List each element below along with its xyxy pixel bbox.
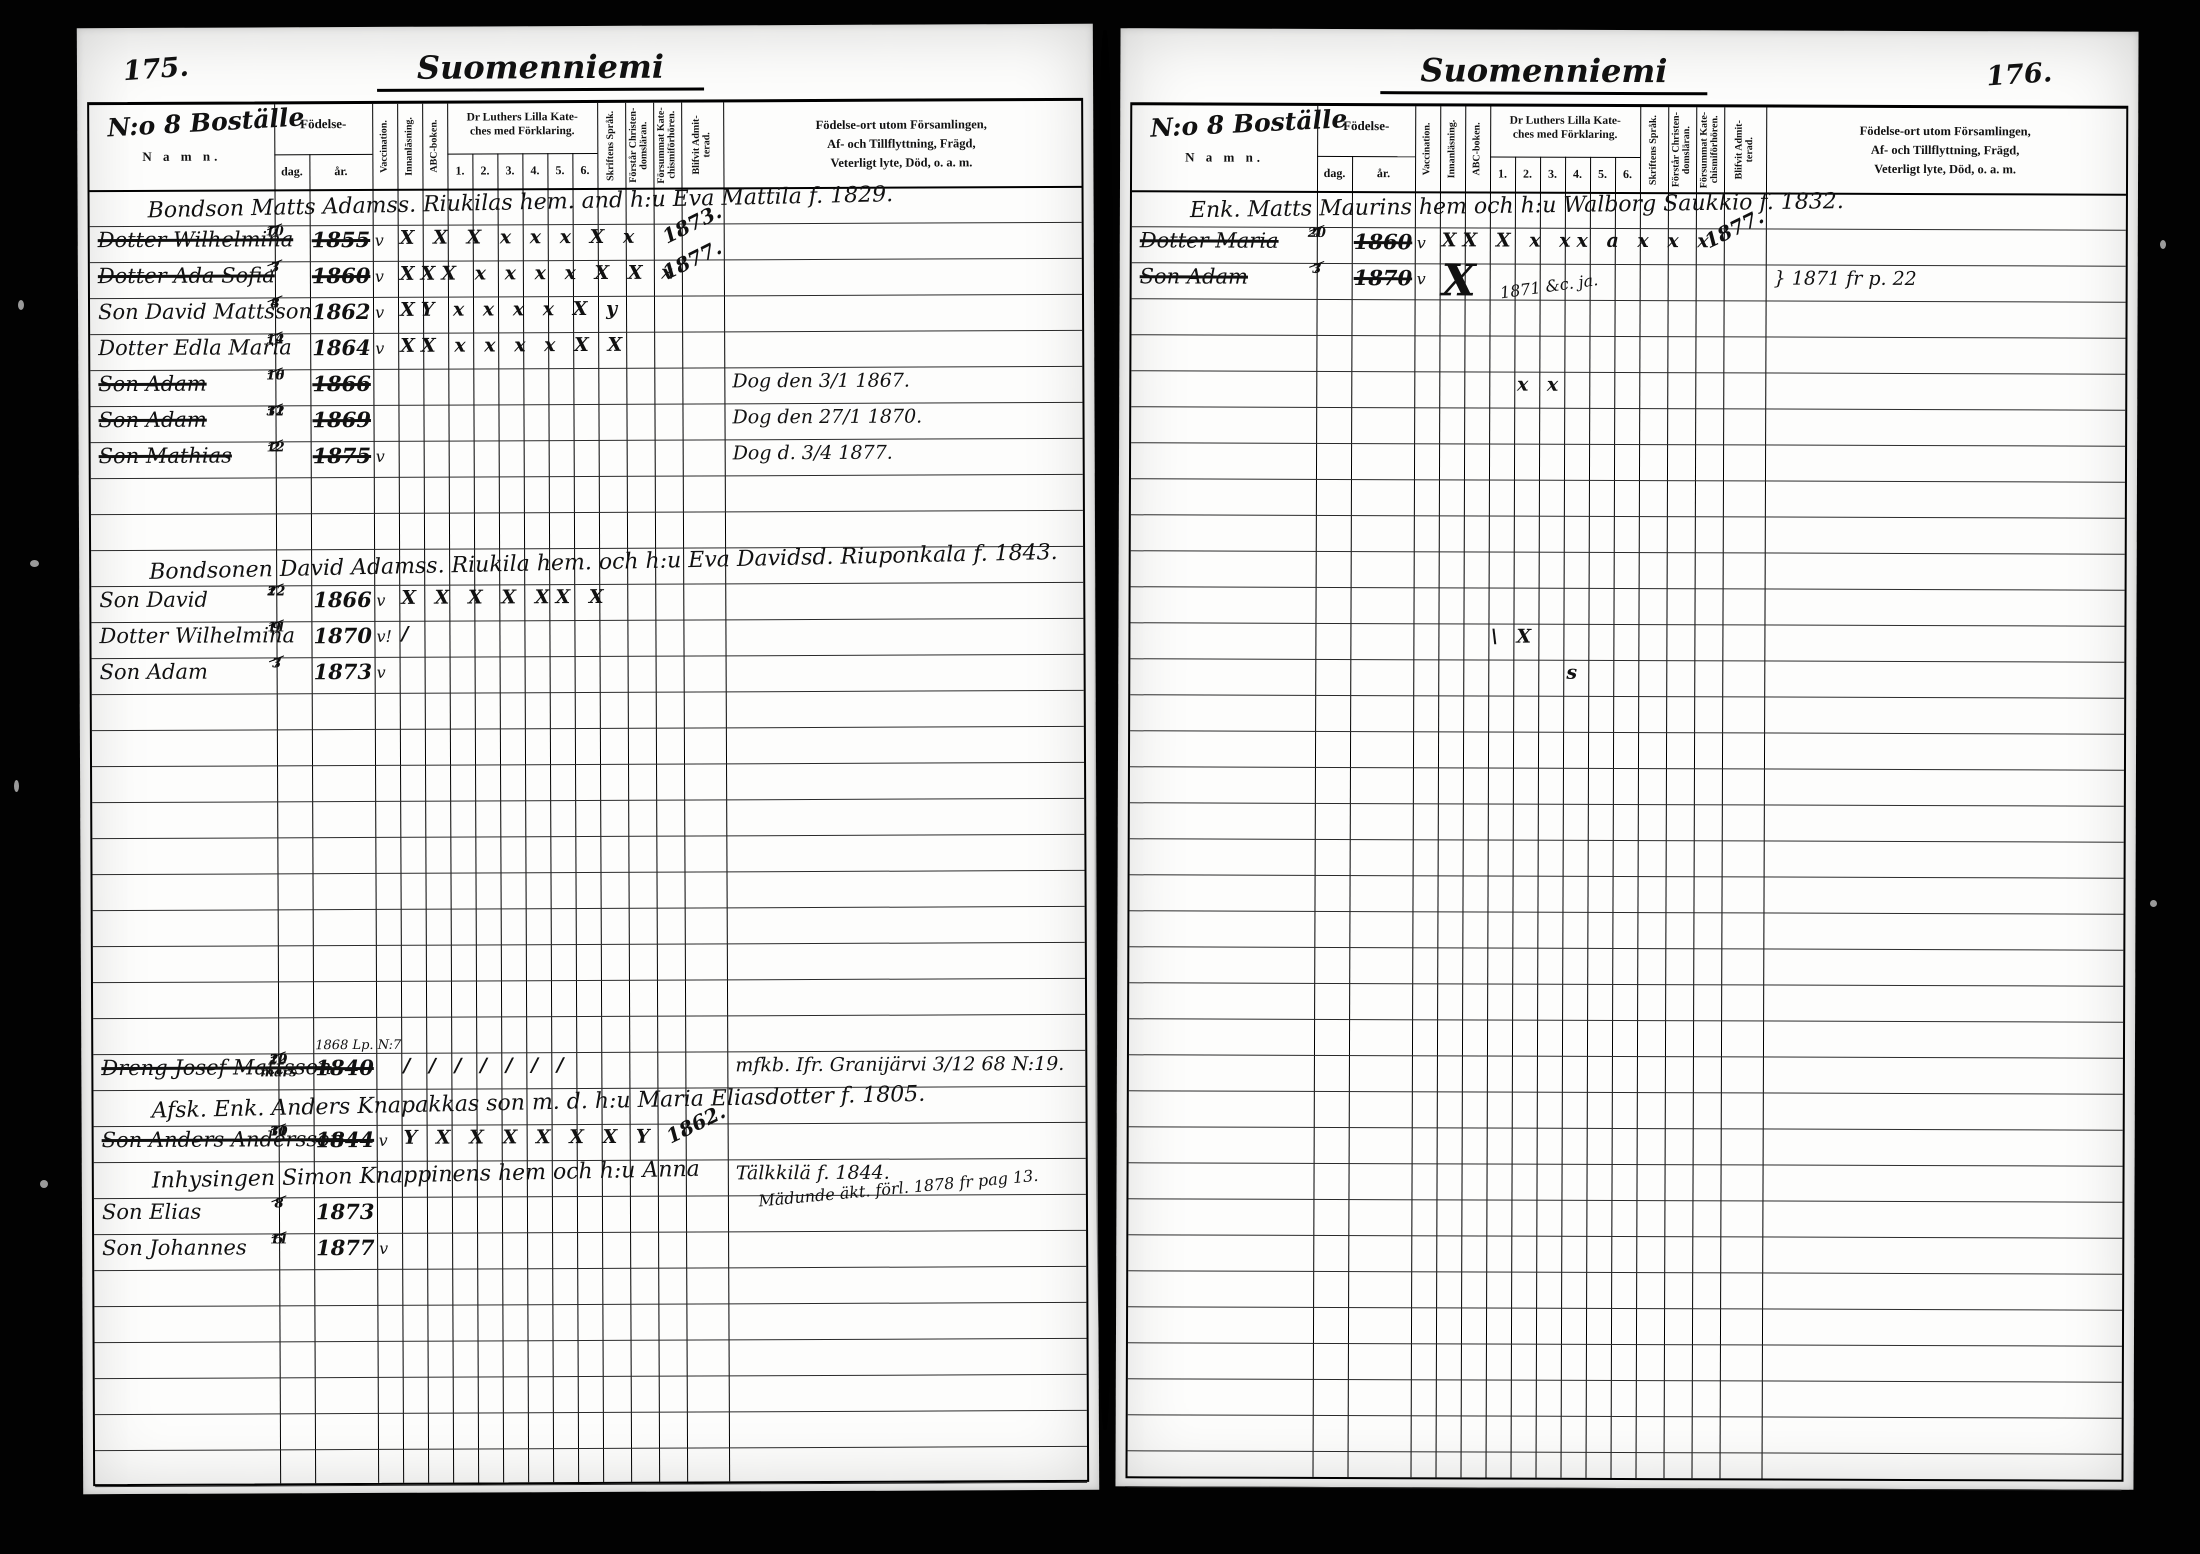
person-entry-name: Son Elias [102,1200,201,1224]
reading-marks: x x [1441,373,1741,396]
table-row [95,1374,1087,1415]
table-row [92,834,1084,875]
table-row [1131,442,2125,482]
table-row [1131,406,2125,446]
vaccination-column-title: Vaccination. [1415,106,1440,191]
birth-day-bottom: 12 [266,405,284,418]
birth-day-value: 73 [275,261,310,297]
birth-year-value: 1873 [314,659,374,684]
table-row [95,1410,1087,1451]
table-row [92,762,1084,803]
table-row [95,1338,1087,1379]
table-row [1129,946,2123,986]
vaccination-mark: v [377,663,401,682]
margin-note: Dog den 3/1 1867. [732,370,910,393]
table-row [92,870,1084,911]
birth-day-value: 88 [279,1197,314,1233]
name-column-handwritten-title: N:o 8 Boställe [1150,105,1321,142]
birth-year-value: 1866 [312,371,372,396]
kateches-col-3: 3. [497,163,522,178]
birth-day-value: 115 [279,1233,314,1269]
kateches-col-5: 5. [547,163,572,178]
table-row [1128,1270,2122,1310]
margin-note: Dog d. 3/4 1877. [733,442,893,465]
reading-marks: XX X x xx a x x x [1442,229,1742,252]
birth-day-bottom: 8 [274,1197,283,1210]
person-entry-name: Son Adam [100,660,208,684]
birth-year-value: 1869 [312,407,372,432]
scan-speck [18,300,24,310]
birth-year-title: år. [1352,166,1415,181]
table-row [93,942,1085,983]
notes-column-title: Födelse-ort utom Församlingen, Af- och T… [723,115,1079,173]
right-running-title: Suomenniemi [1380,51,1707,95]
margin-note: mfkb. Ifr. Granijärvi 3/12 68 N:19. [735,1053,1064,1076]
reading-marks: XXX x x x x X X x [400,262,700,285]
birth-day-value: 37 [1317,263,1352,299]
margin-note: Dog den 27/1 1870. [732,406,922,429]
forsummat-column-title: Försummat Kate- chismiförhören. [1696,107,1724,192]
table-row: Son Johannes1151877v [94,1230,1086,1271]
table-row [1129,1054,2123,1094]
table-row [93,906,1085,947]
table-row [95,1446,1087,1487]
birth-day-bottom: 5 [275,1233,284,1246]
kateches-col-4: 4. [522,163,547,178]
table-row [1130,730,2124,770]
person-entry-name: Son David Mattsson [98,299,312,324]
table-row: Bondson Matts Adamss. Riukilas hem. and … [90,186,1082,227]
birth-year-value: 1877 [316,1235,376,1260]
scan-speck [14,780,19,792]
birth-year-value: 1860 [312,263,372,288]
birth-day-bottom: 12 [267,585,285,598]
scan-speck [2160,240,2166,249]
scanned-church-record: { "scan": { "table_headers": { "name_pri… [0,0,2200,1554]
vaccination-mark: v! [376,627,400,646]
table-row: s [1130,658,2124,698]
table-row [1131,550,2125,590]
person-entry-name: Son Adam [98,408,206,432]
table-row: Son Adam16101866Dog den 3/1 1867. [90,366,1082,407]
table-row [94,1302,1086,1343]
reading-marks: X X X x x x X x [400,226,700,249]
reading-marks: / [401,622,701,645]
table-row: Dreng Josef Mattsson20 mars1218401868 Lp… [93,1050,1085,1091]
name-column-title: N a m n. [1132,149,1317,166]
birth-year-value: 1866 [313,587,373,612]
table-row [1128,1306,2122,1346]
kateches-column-title: Dr Luthers Lilla Kate- ches med Förklari… [447,111,597,139]
birth-day-value: 3112 [275,405,310,441]
abc-column-title: ABC-boken. [422,104,447,189]
kateches-col-2: 2. [1515,167,1540,182]
table-row [93,978,1085,1019]
table-row [1128,1198,2122,1238]
table-row [1131,334,2125,374]
right-page-header: 176. Suomenniemi [1120,28,2138,104]
reading-marks: XX x x x x X X [400,334,700,357]
book-binding-gutter [1094,30,1116,1430]
table-row: x x [1131,370,2125,410]
right-table: N:o 8 Boställe N a m n. Födelse- dag. år… [1125,102,2128,1481]
birth-day-title: dag. [1317,166,1352,181]
table-row [92,726,1084,767]
vaccination-mark: v [1417,269,1441,288]
blifvit-column-title: Blifvit Admit- terad. [681,102,723,187]
vaccination-mark: v [375,231,399,250]
person-entry-name: Dreng Josef Mattsson [101,1055,331,1080]
vaccination-mark: v [1417,233,1441,252]
table-row: Son David Mattsson481862vXY x x x x X y [90,294,1082,335]
birth-year-value: 1855 [312,227,372,252]
table-row [1129,1018,2123,1058]
table-row [92,798,1084,839]
forsummat-column-title: Försummat Kate- chismiförhören. [653,103,681,188]
table-row [1128,1414,2122,1454]
birth-year-value: 1870 [1354,265,1414,290]
table-row: Son Elias881873 [94,1194,1086,1235]
right-page-number: 176. [1986,57,2054,92]
table-row [1131,478,2125,518]
abc-column-title: ABC-boken. [1465,106,1490,191]
table-row: Bondsonen David Adamss. Riukila hem. och… [91,546,1083,587]
person-entry-name: Dotter Ada Sofia [98,263,275,288]
kateches-col-1: 1. [447,163,472,178]
table-row: Son Mathias2121875vDog d. 3/4 1877. [91,438,1083,479]
person-entry-name: Dotter Wilhelmina [99,623,295,648]
vaccination-mark: v [375,267,399,286]
table-row: Son David22121866vX X X X XX X [91,582,1083,623]
left-table-body: Bondson Matts Adamss. Riukilas hem. and … [90,186,1088,1484]
forstar-column-title: Förstår Christen- domsläran. [1668,107,1696,192]
birth-day-value: 212 [276,441,311,477]
name-column-title: N a m n. [89,148,274,165]
table-row [94,1266,1086,1307]
person-entry-name: Son Adam [1140,264,1248,288]
table-row: Dotter Ada Sofia731860vXXX x x x x X X x… [90,258,1082,299]
left-page: 175. Suomenniemi N:o 8 Boställe N a m n.… [77,24,1099,1494]
kateches-column-title: Dr Luthers Lilla Kate- ches med Förklari… [1490,115,1640,143]
kateches-col-5: 5. [1590,167,1615,182]
kateches-col-3: 3. [1540,167,1565,182]
birth-day-bottom: 7 [1312,263,1321,276]
kateches-col-6: 6. [1615,167,1640,182]
birth-year-value: 1862 [312,299,372,324]
birth-year-title: år. [309,164,372,179]
birth-year-value: 1864 [312,335,372,360]
table-row [1128,1162,2122,1202]
scan-speck [2150,900,2157,907]
right-page: 176. Suomenniemi N:o 8 Boställe N a m n.… [1115,28,2138,1490]
birth-day-value: 204 [1317,227,1352,263]
birth-year-value: 1860 [1354,229,1414,254]
table-row: Dotter Edla Maria14121864vXX x x x x X X [90,330,1082,371]
margin-note: } 1871 fr p. 22 [1774,268,1917,290]
table-row [1130,838,2124,878]
table-row [1128,1234,2122,1274]
table-row [1129,910,2123,950]
birth-day-bottom: 10 [266,369,284,382]
table-row: Son Adam31121869Dog den 27/1 1870. [90,402,1082,443]
table-row: Dotter Wilhelmina1191870v!/ [91,618,1083,659]
birth-year-value: 1875 [313,443,373,468]
table-row [1128,1378,2122,1418]
table-row [1130,766,2124,806]
table-row [93,1014,1085,1055]
innanlasning-column-title: Innanläsning. [397,104,422,189]
kateches-col-2: 2. [472,163,497,178]
birth-day-bottom: 12 [267,441,285,454]
year-annotation: 1868 Lp. N:7 [315,1038,401,1053]
birth-column-title: Födelse- [274,116,372,132]
reading-marks: \ X [1440,625,1740,648]
person-entry-name: Son Anders Andersson [102,1127,344,1152]
vaccination-column-title: Vaccination. [372,104,397,189]
birth-day-bottom: 7 [272,657,281,670]
forstar-column-title: Förstår Christen- domsläran. [625,103,653,188]
birth-column-title: Födelse- [1317,118,1415,134]
blifvit-column-title: Blifvit Admit- terad. [1724,107,1766,192]
birth-day-value: 37 [277,657,312,693]
person-entry-name: Son David [99,588,208,612]
birth-year-value: 1873 [316,1199,376,1224]
table-row [1127,1450,2121,1490]
birth-day-value: 2212 [276,585,311,621]
reading-marks: Y X X X X X X Y [404,1125,704,1148]
birth-day-title: dag. [274,164,309,179]
table-row [1130,802,2124,842]
innanlasning-column-title: Innanläsning. [1440,106,1465,191]
table-row: Son Adam371873v [92,654,1084,695]
table-row: Inhysingen Simon Knappinens hem och h:u … [94,1158,1086,1199]
scan-speck [40,1180,48,1188]
table-row [1129,982,2123,1022]
right-table-head: N:o 8 Boställe N a m n. Födelse- dag. år… [1132,105,2126,195]
birth-year-value: 1870 [313,623,373,648]
birth-day-value: 1610 [275,369,310,405]
kateches-col-1: 1. [1490,167,1515,182]
table-row: Enk. Matts Maurins hem och h:u Walborg S… [1132,190,2126,230]
left-running-title: Suomenniemi [377,47,704,91]
skrift-column-title: Skriftens Språk. [597,103,625,188]
vaccination-mark: v [375,339,399,358]
vaccination-mark: v [375,303,399,322]
person-entry-name: Dotter Wilhelmina [98,227,294,252]
reading-marks: XY x x x x X y [400,298,700,321]
table-row: Son Anders Andersson30111844vY X X X X X… [94,1122,1086,1163]
skrift-column-title: Skriftens Språk. [1640,107,1668,192]
person-entry-name: Son Mathias [99,444,232,469]
table-row: Afsk. Enk. Anders Knapakkas son m. d. h:… [93,1086,1085,1127]
right-table-body: Enk. Matts Maurins hem och h:u Walborg S… [1127,190,2125,1479]
table-row [1129,1090,2123,1130]
table-row [1130,586,2124,626]
reading-marks: X X X X XX X [401,586,701,609]
left-page-number: 175. [122,51,190,87]
vaccination-mark: v [376,447,400,466]
kateches-col-6: 6. [572,163,597,178]
vaccination-mark: v [379,1131,403,1150]
left-page-header: 175. Suomenniemi [77,24,1093,100]
left-table-head: N:o 8 Boställe N a m n. Födelse- dag. år… [89,101,1081,192]
table-row: Son Adam371870vX1871 &c. ja.} 1871 fr p.… [1132,262,2126,302]
reading-marks: s [1440,661,1740,684]
person-entry-name: Dotter Edla Maria [98,335,292,360]
left-table: N:o 8 Boställe N a m n. Födelse- dag. år… [87,98,1089,1486]
person-entry-name: Son Adam [98,372,206,396]
person-entry-name: Dotter Maria [1140,228,1279,252]
table-row [1128,1342,2122,1382]
birth-day-bottom: 4 [1312,227,1321,240]
table-row: Dotter Wilhelmina1071855vX X X x x x X x… [90,222,1082,263]
table-row [91,474,1083,515]
reading-marks: / / / / / / / [403,1053,703,1076]
table-row [1129,1126,2123,1166]
vaccination-mark: v [379,1239,403,1258]
table-row [1131,298,2125,338]
kateches-col-4: 4. [1565,167,1590,182]
table-row [1131,514,2125,554]
table-row [1130,694,2124,734]
name-column-handwritten-title: N:o 8 Boställe [107,104,278,143]
family-entry-name: Inhysingen Simon Knappinens hem och h:u … [152,1157,700,1194]
table-row [1129,874,2123,914]
scan-speck [30,560,39,567]
table-row [92,690,1084,731]
table-row: \ X [1130,622,2124,662]
person-entry-name: Son Johannes [102,1235,247,1260]
notes-column-title: Födelse-ort utom Församlingen, Af- och T… [1766,121,2124,178]
vaccination-mark: v [376,591,400,610]
